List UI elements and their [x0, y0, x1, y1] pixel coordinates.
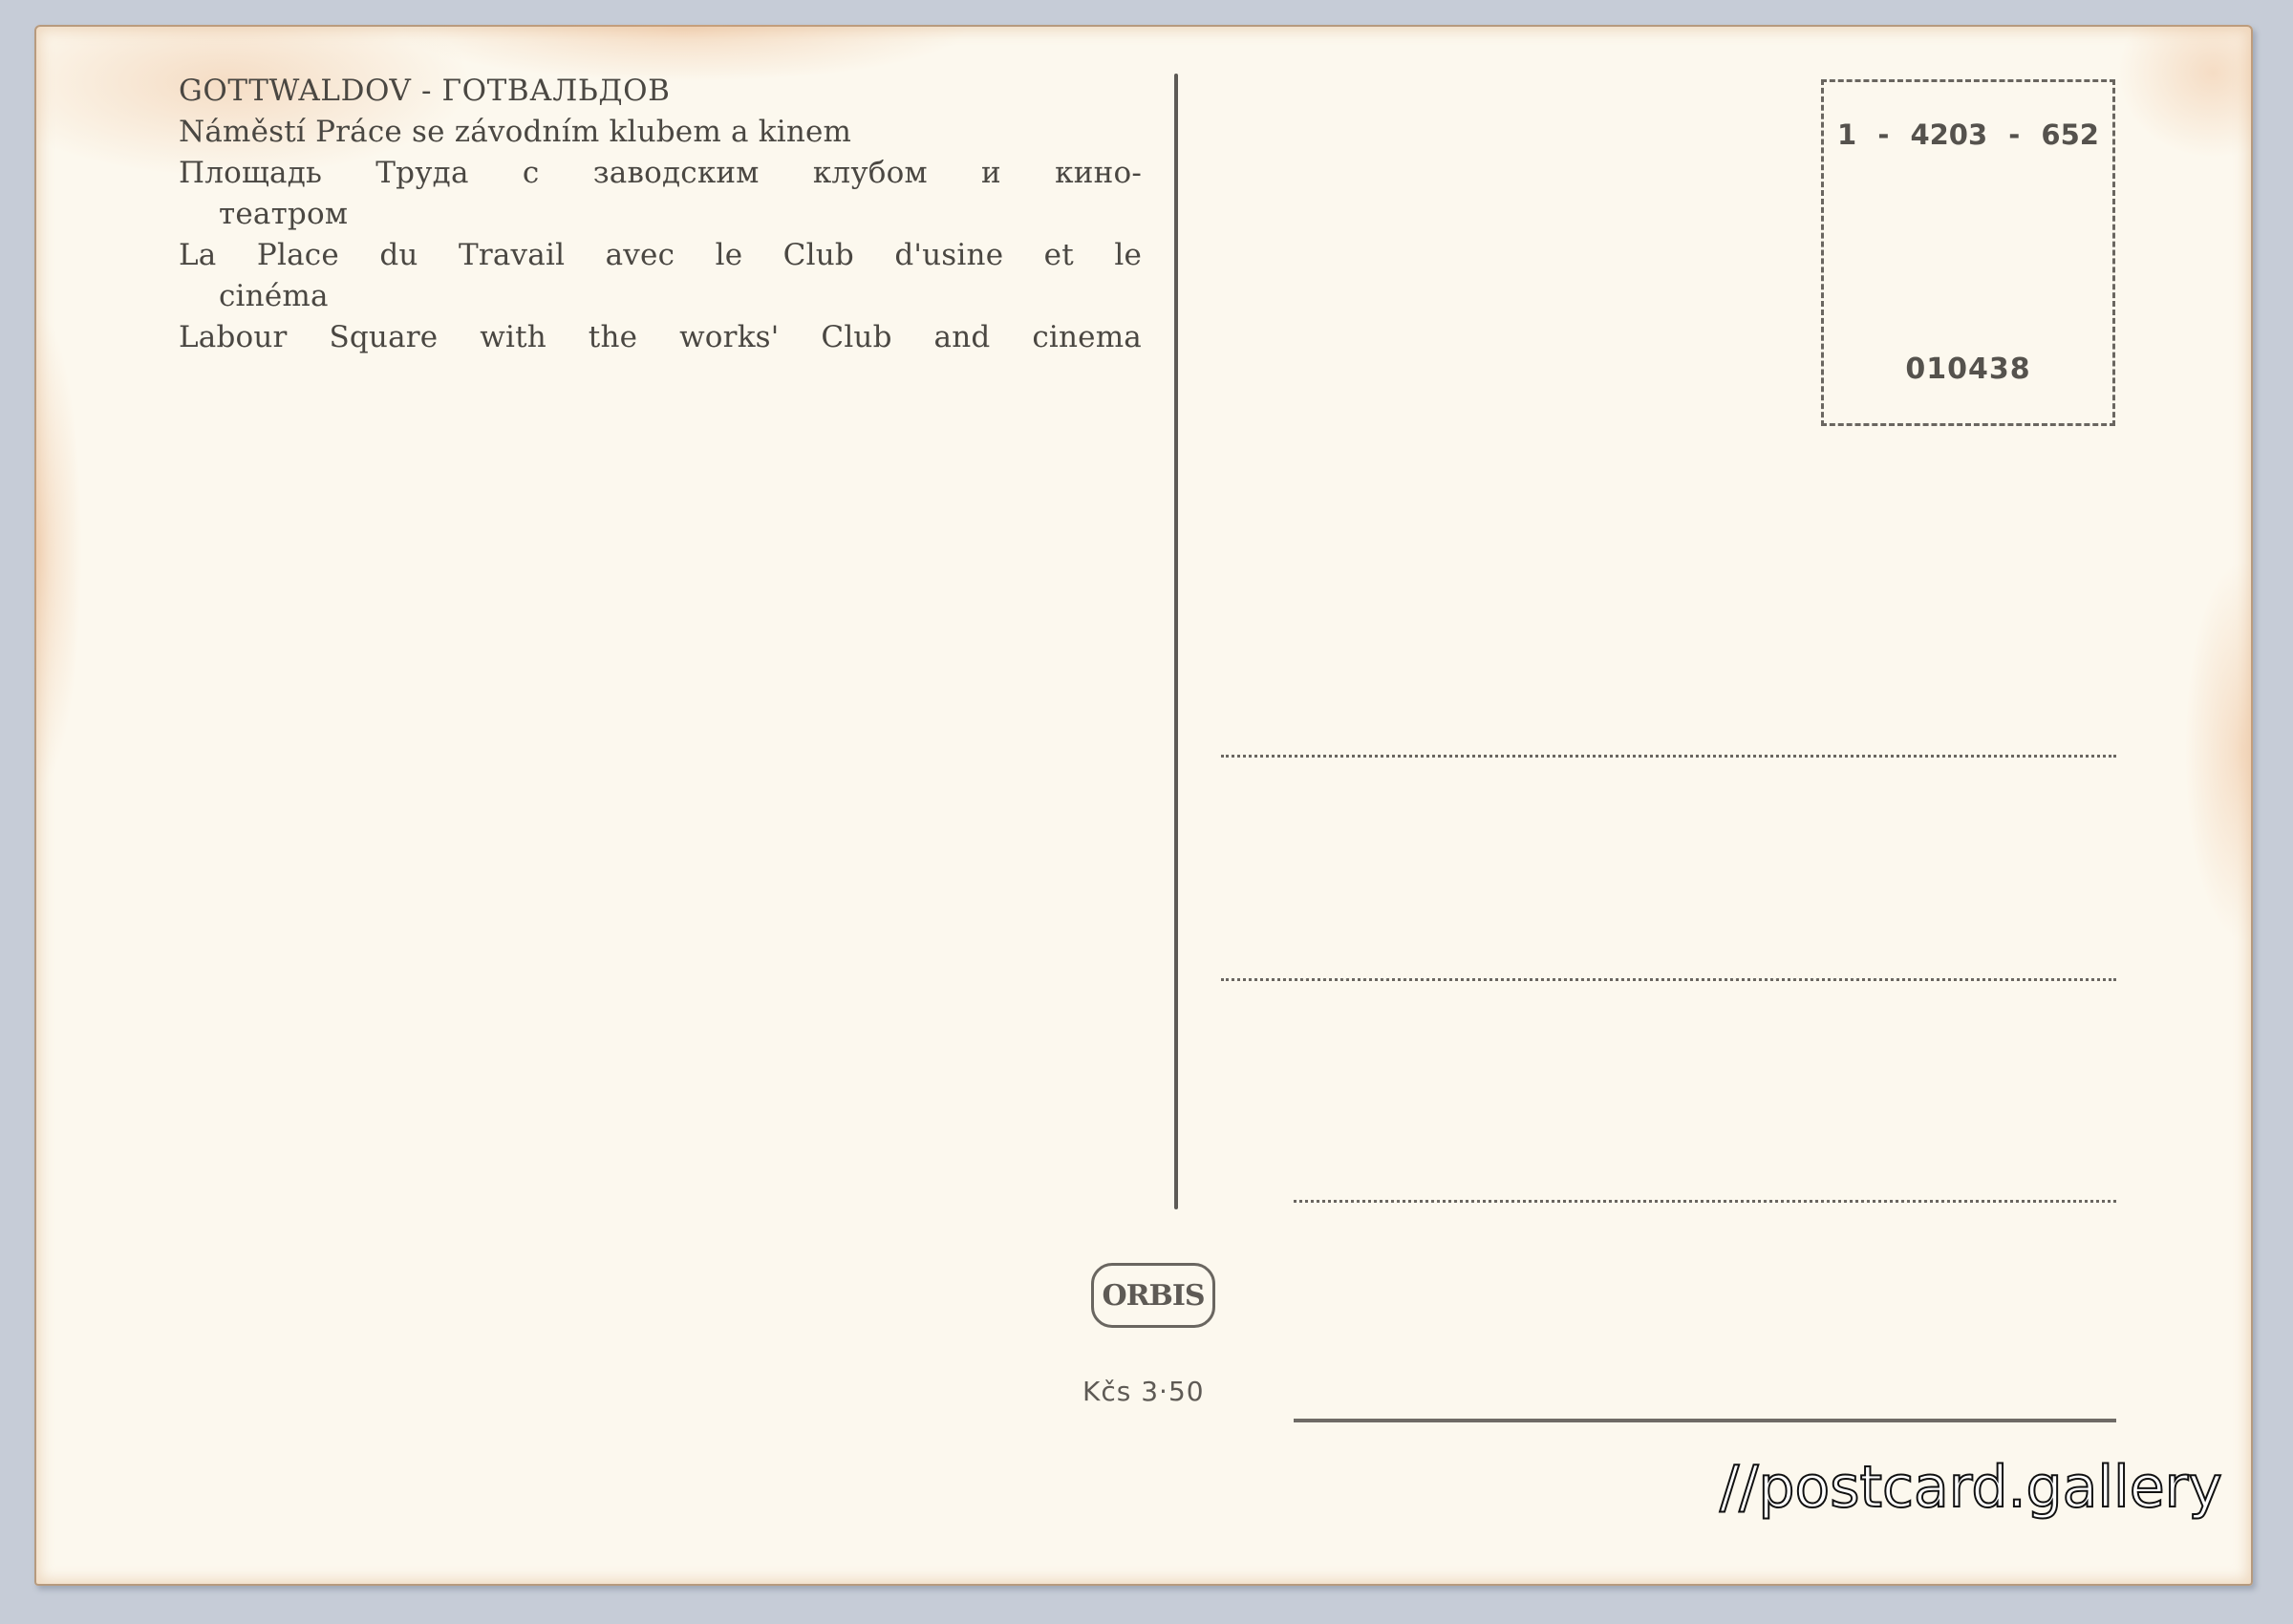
price-label: Kčs 3·50 [1082, 1376, 1205, 1407]
address-line-3 [1294, 1200, 2116, 1203]
caption-block: GOTTWALDOV - ГОТВАЛЬДОВ Náměstí Práce se… [179, 71, 1142, 358]
orbis-logo: ORBIS [1091, 1263, 1215, 1328]
caption-english: Labour Square with the works' Club and c… [179, 317, 1142, 358]
address-line-4 [1294, 1419, 2116, 1422]
address-line-2 [1221, 978, 2116, 981]
stamp-code: 1 - 4203 - 652 [1824, 118, 2112, 151]
stamp-serial: 010438 [1824, 353, 2112, 386]
orbis-logo-text: ORBIS [1102, 1279, 1204, 1313]
caption-french-line1: La Place du Travail avec le Club d'usine… [179, 235, 1142, 276]
stamp-box: 1 - 4203 - 652 010438 [1821, 79, 2115, 426]
caption-russian-line1: Площадь Труда с заводским клубом и кино- [179, 153, 1142, 194]
postcard-back: GOTTWALDOV - ГОТВАЛЬДОВ Náměstí Práce se… [34, 25, 2253, 1586]
center-divider [1174, 74, 1178, 1209]
stain [2117, 25, 2253, 159]
address-line-1 [1221, 755, 2116, 758]
stain [2184, 560, 2253, 942]
stain [34, 311, 82, 789]
watermark: //postcard.gallery [1720, 1454, 2222, 1521]
caption-title: GOTTWALDOV - ГОТВАЛЬДОВ [179, 71, 1142, 112]
caption-french-line2: cinéma [179, 276, 1142, 317]
caption-czech: Náměstí Práce se závodním klubem a kinem [179, 112, 1142, 153]
caption-russian-line2: театром [179, 194, 1142, 235]
